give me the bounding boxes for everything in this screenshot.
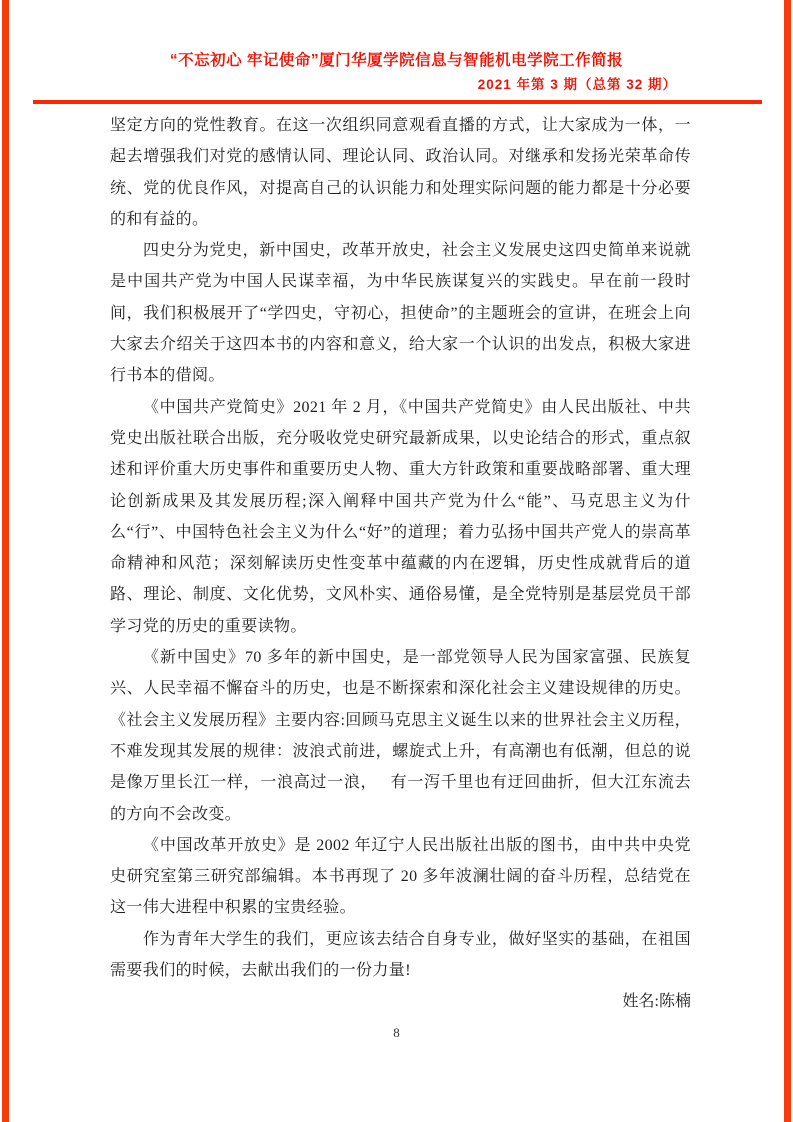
document-header: “不忘初心 牢记使命”厦门华厦学院信息与智能机电学院工作简报 2021 年第 3… [56,50,737,94]
signature-line: 姓名:陈楠 [110,986,691,1017]
body-paragraph: 《新中国史》70 多年的新中国史，是一部党领导人民为国家富强、民族复兴、人民幸福… [110,642,691,830]
body-paragraph: 四史分为党史，新中国史，改革开放史，社会主义发展史这四史简单来说就是中国共产党为… [110,235,691,391]
document-body: 坚定方向的党性教育。在这一次组织同意观看直播的方式，让大家成为一体，一起去增强我… [110,103,691,1018]
document-title: “不忘初心 牢记使命”厦门华厦学院信息与智能机电学院工作简报 [56,50,737,72]
body-paragraph: 《中国共产党简史》2021 年 2 月，《中国共产党简史》由人民出版社、中共党史… [110,392,691,642]
body-paragraph: 作为青年大学生的我们，更应该去结合自身专业，做好坚实的基础，在祖国需要我们的时候… [110,924,691,987]
paragraph-list: 坚定方向的党性教育。在这一次组织同意观看直播的方式，让大家成为一体，一起去增强我… [110,110,691,986]
page-border-left [2,0,9,1122]
page-number: 8 [0,1025,793,1041]
issue-line: 2021 年第 3 期（总第 32 期） [56,75,737,94]
body-paragraph: 坚定方向的党性教育。在这一次组织同意观看直播的方式，让大家成为一体，一起去增强我… [110,110,691,235]
page-border-right [784,0,791,1122]
body-paragraph: 《中国改革开放史》是 2002 年辽宁人民出版社出版的图书，由中共中央党史研究室… [110,830,691,924]
